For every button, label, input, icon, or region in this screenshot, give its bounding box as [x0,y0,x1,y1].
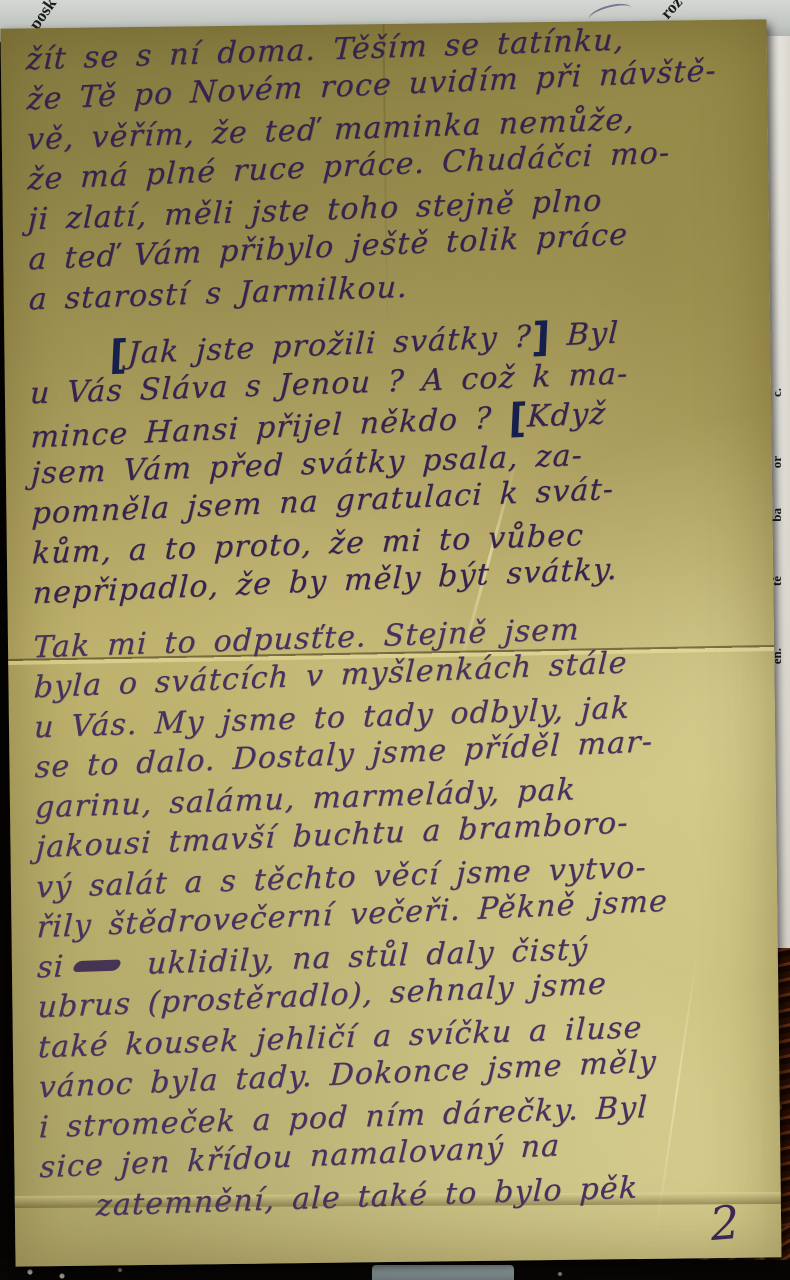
page-number: 2 [708,1195,742,1251]
handwritten-segment: Byl [549,316,619,354]
bracket-mark-close: ] [531,314,551,361]
scribbled-out-word [72,959,123,972]
bracket-mark-open: [ [108,332,128,379]
printed-text-fragment: c. [769,388,785,397]
handwritten-segment: Když [526,396,607,434]
handwritten-segment: si [36,949,65,985]
handwritten-text: žít se s ní doma. Těším se tatínku, že T… [25,34,769,1231]
bracket-mark-open: [ [508,395,528,442]
slate-patch [372,1265,514,1280]
photo-of-handwritten-letter: posk roz c. or ba tě en. žít se s ní dom… [0,0,790,1280]
letter-paper: žít se s ní doma. Těším se tatínku, že T… [0,19,781,1266]
